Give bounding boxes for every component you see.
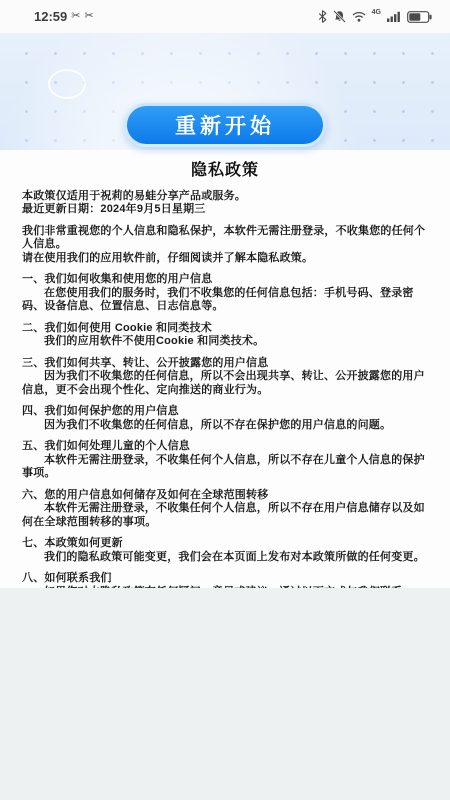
notifications-off-icon xyxy=(333,10,346,23)
status-time: 12:59 xyxy=(34,9,67,24)
policy-section-5: 五、我们如何处理儿童的个人信息 本软件无需注册登录，不收集任何个人信息，所以不存… xyxy=(22,440,428,481)
section-body: 我们的隐私政策可能变更，我们会在本页面上发布对本政策所做的任何变更。 xyxy=(22,551,428,565)
battery-icon xyxy=(407,11,432,23)
status-bar: 12:59 ✂ ✂ 4G xyxy=(0,0,450,33)
hero-banner: 重新开始 xyxy=(0,33,450,150)
section-heading: 七、本政策如何更新 xyxy=(22,537,428,551)
section-heading: 三、我们如何共享、转让、公开披露您的用户信息 xyxy=(22,357,428,371)
policy-section-1: 一、我们如何收集和使用您的用户信息 在您使用我们的服务时，我们不收集您的任何信息… xyxy=(22,273,428,314)
policy-intro: 本政策仅适用于祝莉的易蛙分享产品或服务。 最近更新日期：2024年9月5日星期三… xyxy=(22,190,428,266)
decorative-ring xyxy=(48,69,86,99)
status-bar-right: 4G xyxy=(318,10,432,23)
intro-updated-line: 最近更新日期：2024年9月5日星期三 xyxy=(22,203,428,217)
section-body: 本软件无需注册登录，不收集任何个人信息，所以不存在用户信息储存以及如何在全球范围… xyxy=(22,502,428,529)
status-bar-left: 12:59 ✂ ✂ xyxy=(34,9,94,24)
section-heading: 六、您的用户信息如何储存及如何在全球范围转移 xyxy=(22,489,428,503)
section-body: 我们的应用软件不使用Cookie 和同类技术。 xyxy=(22,335,428,349)
section-heading: 一、我们如何收集和使用您的用户信息 xyxy=(22,273,428,287)
page-title: 隐私政策 xyxy=(22,164,428,178)
wifi-icon xyxy=(352,11,366,22)
restart-button[interactable]: 重新开始 xyxy=(124,103,326,147)
intro-statement-line: 我们非常重视您的个人信息和隐私保护，本软件无需注册登录，不收集您的任何个人信息。 xyxy=(22,225,428,252)
section-heading: 八、如何联系我们 xyxy=(22,572,428,586)
network-type-label: 4G xyxy=(372,9,381,16)
section-heading: 五、我们如何处理儿童的个人信息 xyxy=(22,440,428,454)
section-body: 因为我们不收集您的任何信息，所以不会出现共享、转让、公开披露您的用户信息，更不会… xyxy=(22,370,428,397)
section-body: 因为我们不收集您的任何信息，所以不存在保护您的用户信息的问题。 xyxy=(22,419,428,433)
section-heading: 二、我们如何使用 Cookie 和同类技术 xyxy=(22,322,428,336)
signal-icon xyxy=(387,11,401,22)
section-heading: 四、我们如何保护您的用户信息 xyxy=(22,405,428,419)
app-screen: 12:59 ✂ ✂ 4G xyxy=(0,0,450,800)
policy-section-3: 三、我们如何共享、转让、公开披露您的用户信息 因为我们不收集您的任何信息，所以不… xyxy=(22,357,428,398)
policy-section-4: 四、我们如何保护您的用户信息 因为我们不收集您的任何信息，所以不存在保护您的用户… xyxy=(22,405,428,432)
policy-section-7: 七、本政策如何更新 我们的隐私政策可能变更，我们会在本页面上发布对本政策所做的任… xyxy=(22,537,428,564)
section-body: 本软件无需注册登录，不收集任何个人信息，所以不存在儿童个人信息的保护事项。 xyxy=(22,454,428,481)
bluetooth-icon xyxy=(318,10,327,23)
intro-read-line: 请在使用我们的应用软件前，仔细阅读并了解本隐私政策。 xyxy=(22,252,428,266)
policy-section-2: 二、我们如何使用 Cookie 和同类技术 我们的应用软件不使用Cookie 和… xyxy=(22,322,428,349)
section-body: 在您使用我们的服务时，我们不收集您的任何信息包括：手机号码、登录密码、设备信息、… xyxy=(22,287,428,314)
privacy-policy-document: 隐私政策 本政策仅适用于祝莉的易蛙分享产品或服务。 最近更新日期：2024年9月… xyxy=(0,150,450,588)
footer-background xyxy=(0,588,450,800)
policy-section-6: 六、您的用户信息如何储存及如何在全球范围转移 本软件无需注册登录，不收集任何个人… xyxy=(22,489,428,530)
intro-scope-line: 本政策仅适用于祝莉的易蛙分享产品或服务。 xyxy=(22,190,428,204)
scissors-icon: ✂ xyxy=(71,11,80,22)
scissors-icon: ✂ xyxy=(84,11,93,22)
